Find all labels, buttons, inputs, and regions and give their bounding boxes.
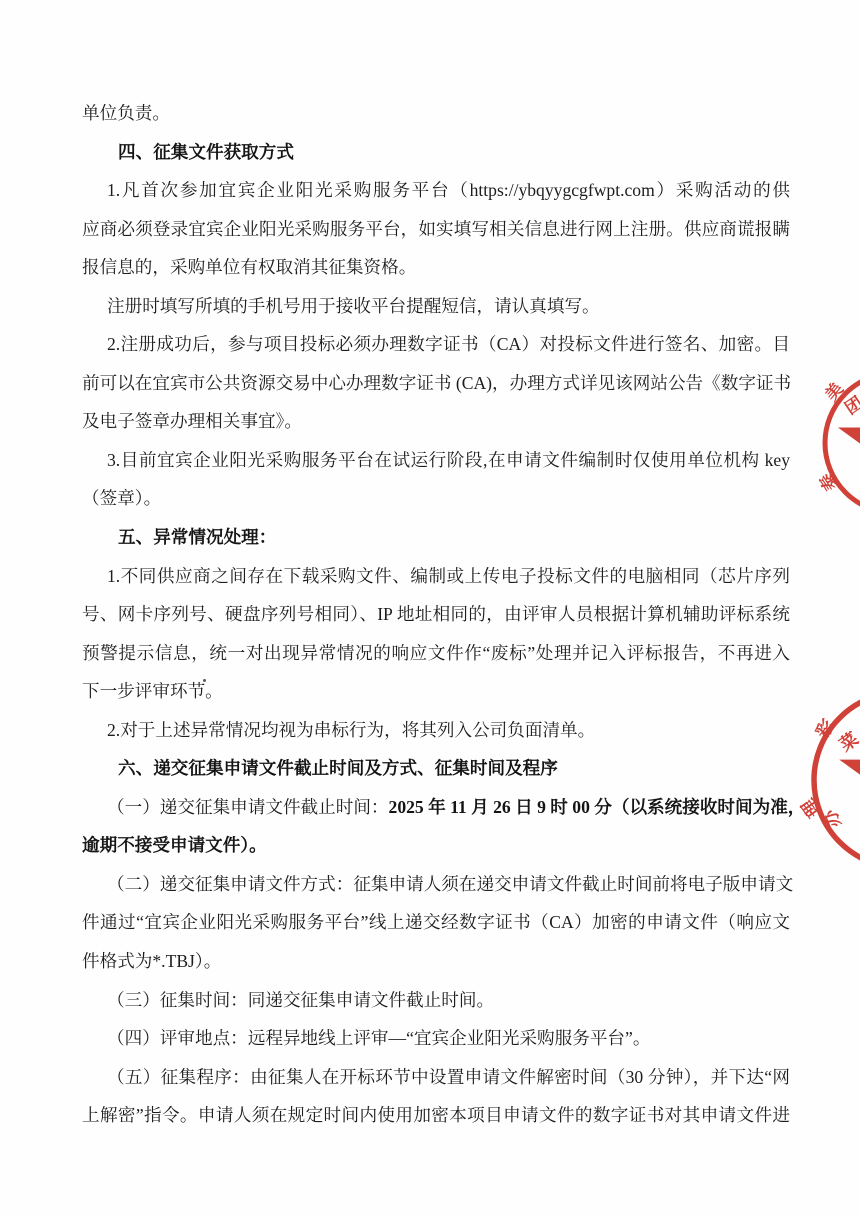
document-body: 单位负责。四、征集文件获取方式1.凡首次参加宜宾企业阳光采购服务平台（https… <box>82 94 790 1135</box>
text-run: 件通过“宜宾企业阳光采购服务平台”线上递交经数字证书（CA）加密的申请文件（响应… <box>82 912 790 932</box>
text-run: 2.对于上述异常情况均视为串标行为，将其列入公司负面清单。 <box>107 720 595 740</box>
text-run: 前可以在宜宾市公共资源交易中心办理数字证书 (CA)，办理方式详见该网站公告《数… <box>82 373 791 393</box>
text-run: 逾期不接受申请文件）。 <box>82 835 267 855</box>
text-line: 前可以在宜宾市公共资源交易中心办理数字证书 (CA)，办理方式详见该网站公告《数… <box>82 364 790 403</box>
text-run: 预警提示信息，统一对出现异常情况的响应文件作“废标”处理并记入评标报告，不再进入 <box>82 643 790 663</box>
text-run: 2025 年 11 月 26 日 9 时 00 分（以系统接收时间为准， <box>389 797 806 817</box>
seal-text: 菜 <box>835 728 860 756</box>
text-run: （二）递交征集申请文件方式：征集申请人须在递交申请文件截止时间前将电子版申请文 <box>107 874 793 894</box>
text-line: 报信息的，采购单位有权取消其征集资格。 <box>82 248 790 287</box>
text-line: 注册时填写所填的手机号用于接收平台提醒短信，请认真填写。 <box>82 287 790 326</box>
text-line: 单位负责。 <box>82 94 790 133</box>
text-line: （三）征集时间：同递交征集申请文件截止时间。 <box>82 981 790 1020</box>
text-line: 件格式为*.TBJ）。 <box>82 942 790 981</box>
text-run: 3.目前宜宾企业阳光采购服务平台在试运行阶段,在申请文件编制时仅使用单位机构 k… <box>107 450 790 470</box>
text-line: 逾期不接受申请文件）。 <box>82 826 790 865</box>
text-run: 六、递交征集申请文件截止时间及方式、征集时间及程序 <box>118 758 558 778</box>
text-run: 2.注册成功后，参与项目投标必须办理数字证书（CA）对投标文件进行签名、加密。目 <box>107 334 790 354</box>
seal-text: 彩 <box>812 716 839 743</box>
scan-artifact-dot <box>688 1120 690 1122</box>
seal-star-icon <box>839 714 860 833</box>
text-run: （签章）。 <box>82 488 161 508</box>
text-run: 单位负责。 <box>82 103 170 123</box>
text-line: （五）征集程序：由征集人在开标环节中设置申请文件解密时间（30 分钟），并下达“… <box>82 1058 790 1097</box>
text-line: 2.对于上述异常情况均视为串标行为，将其列入公司负面清单。 <box>82 711 790 750</box>
red-seal-stamp-lower: 彩 菜 理 办 <box>780 690 860 875</box>
text-run: （五）征集程序：由征集人在开标环节中设置申请文件解密时间（30 分钟），并下达“… <box>107 1067 790 1087</box>
text-line: 1.不同供应商之间存在下载采购文件、编制或上传电子投标文件的电脑相同（芯片序列 <box>82 557 790 596</box>
seal-text: 美 <box>821 379 847 405</box>
text-run: （三）征集时间：同递交征集申请文件截止时间。 <box>107 990 494 1010</box>
text-run: 号、网卡序列号、硬盘序列号相同）、IP 地址相同的，由评审人员根据计算机辅助评标… <box>82 604 790 624</box>
text-line: （四）评审地点：远程异地线上评审—“宜宾企业阳光采购服务平台”。 <box>82 1019 790 1058</box>
seal-ring <box>814 692 860 868</box>
text-line: 及电子签章办理相关事宜》。 <box>82 402 790 441</box>
text-run: 五、异常情况处理： <box>118 527 276 547</box>
seal-ring <box>825 373 860 513</box>
text-line: 2.注册成功后，参与项目投标必须办理数字证书（CA）对投标文件进行签名、加密。目 <box>82 325 790 364</box>
text-line: 件通过“宜宾企业阳光采购服务平台”线上递交经数字证书（CA）加密的申请文件（响应… <box>82 903 790 942</box>
heading-line: 五、异常情况处理： <box>82 518 790 557</box>
text-line: 下一步评审环节。 <box>82 672 790 711</box>
text-run: 及电子签章办理相关事宜》。 <box>82 411 302 431</box>
text-run: （四）评审地点：远程异地线上评审—“宜宾企业阳光采购服务平台”。 <box>107 1028 650 1048</box>
text-line: （签章）。 <box>82 479 790 518</box>
text-line: 3.目前宜宾企业阳光采购服务平台在试运行阶段,在申请文件编制时仅使用单位机构 k… <box>82 441 790 480</box>
text-run: 报信息的，采购单位有权取消其征集资格。 <box>82 257 416 277</box>
seal-text: 团 <box>842 393 860 418</box>
text-run: 上解密”指令。申请人须在规定时间内使用加密本项目申请文件的数字证书对其申请文件进 <box>82 1105 790 1125</box>
red-seal-stamp-upper: 美 团 泰 <box>780 368 860 518</box>
heading-line: 六、递交征集申请文件截止时间及方式、征集时间及程序 <box>82 749 790 788</box>
text-run: 1.凡首次参加宜宾企业阳光采购服务平台（https://ybqyygcgfwpt… <box>107 180 790 200</box>
scan-artifact-dot <box>203 679 206 682</box>
text-line: 上解密”指令。申请人须在规定时间内使用加密本项目申请文件的数字证书对其申请文件进 <box>82 1096 790 1135</box>
seal-star-icon <box>838 386 860 495</box>
text-run: 注册时填写所填的手机号用于接收平台提醒短信，请认真填写。 <box>107 296 600 316</box>
seal-text: 办 <box>818 806 845 831</box>
text-run: 四、征集文件获取方式 <box>118 142 294 162</box>
seal-text: 泰 <box>815 469 841 494</box>
text-run: 件格式为*.TBJ）。 <box>82 951 221 971</box>
text-run: 1.不同供应商之间存在下载采购文件、编制或上传电子投标文件的电脑相同（芯片序列 <box>107 566 790 586</box>
text-line: 应商必须登录宜宾企业阳光采购服务平台，如实填写相关信息进行网上注册。供应商谎报瞒 <box>82 210 790 249</box>
text-run: 应商必须登录宜宾企业阳光采购服务平台，如实填写相关信息进行网上注册。供应商谎报瞒 <box>82 219 790 239</box>
text-line: （二）递交征集申请文件方式：征集申请人须在递交申请文件截止时间前将电子版申请文 <box>82 865 790 904</box>
heading-line: 四、征集文件获取方式 <box>82 133 790 172</box>
scanned-document-page: 单位负责。四、征集文件获取方式1.凡首次参加宜宾企业阳光采购服务平台（https… <box>0 0 860 1217</box>
text-line: 号、网卡序列号、硬盘序列号相同）、IP 地址相同的，由评审人员根据计算机辅助评标… <box>82 595 790 634</box>
text-line: 1.凡首次参加宜宾企业阳光采购服务平台（https://ybqyygcgfwpt… <box>82 171 790 210</box>
text-run: （一）递交征集申请文件截止时间： <box>107 797 389 817</box>
text-line: （一）递交征集申请文件截止时间：2025 年 11 月 26 日 9 时 00 … <box>82 788 790 827</box>
text-line: 预警提示信息，统一对出现异常情况的响应文件作“废标”处理并记入评标报告，不再进入 <box>82 634 790 673</box>
text-run: 下一步评审环节。 <box>82 681 223 701</box>
